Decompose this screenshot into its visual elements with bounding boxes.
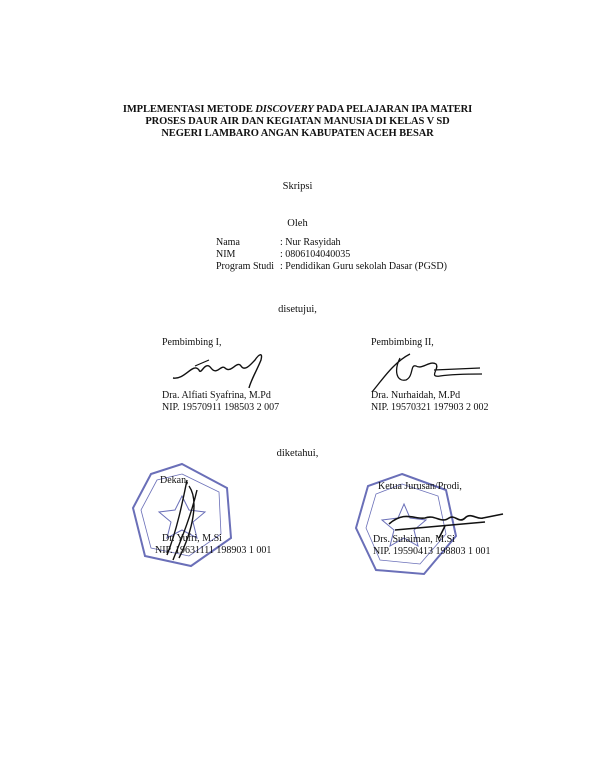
supervisor-1-name: Dra. Alfiati Syafrina, M.Pd xyxy=(162,390,271,402)
dean-role: Dekan, xyxy=(160,475,189,487)
student-info: Nama : Nur Rasyidah NIM : 0806104040035 … xyxy=(216,237,447,273)
document-type: Skripsi xyxy=(0,181,595,192)
info-row-name: Nama : Nur Rasyidah xyxy=(216,237,447,249)
supervisor-2-name: Dra. Nurhaidah, M.Pd xyxy=(371,390,460,402)
title-line-3: NEGERI LAMBARO ANGAN KABUPATEN ACEH BESA… xyxy=(0,128,595,140)
title-line-1: IMPLEMENTASI METODE DISCOVERY PADA PELAJ… xyxy=(0,104,595,116)
info-label: Program Studi xyxy=(216,261,280,273)
signature-1-icon xyxy=(165,350,275,395)
supervisor-2-role: Pembimbing II, xyxy=(371,337,434,349)
title-line-2: PROSES DAUR AIR DAN KEGIATAN MANUSIA DI … xyxy=(0,116,595,128)
info-row-program: Program Studi : Pendidikan Guru sekolah … xyxy=(216,261,447,273)
info-value: : Pendidikan Guru sekolah Dasar (PGSD) xyxy=(280,261,447,273)
info-value: : Nur Rasyidah xyxy=(280,237,341,249)
supervisor-2-nip: NIP. 19570321 197903 2 002 xyxy=(371,402,489,414)
info-row-nim: NIM : 0806104040035 xyxy=(216,249,447,261)
supervisor-1-role: Pembimbing I, xyxy=(162,337,221,349)
dean-name: Dr. Yufri, M.Si xyxy=(162,533,222,545)
head-role: Ketua Jurusan/Prodi, xyxy=(378,481,462,493)
acknowledged-label: diketahui, xyxy=(0,448,595,459)
head-name: Drs. Sulaiman, M.Si xyxy=(373,534,455,546)
by-label: Oleh xyxy=(0,218,595,229)
approved-label: disetujui, xyxy=(0,304,595,315)
document-title: IMPLEMENTASI METODE DISCOVERY PADA PELAJ… xyxy=(0,104,595,140)
info-label: NIM xyxy=(216,249,280,261)
signature-2-icon xyxy=(370,350,490,395)
info-value: : 0806104040035 xyxy=(280,249,350,261)
head-nip: NIP. 19590413 198803 1 001 xyxy=(373,546,491,558)
supervisor-1-nip: NIP. 19570911 198503 2 007 xyxy=(162,402,279,414)
dean-nip: NIP. 19631111 198903 1 001 xyxy=(155,545,271,557)
info-label: Nama xyxy=(216,237,280,249)
